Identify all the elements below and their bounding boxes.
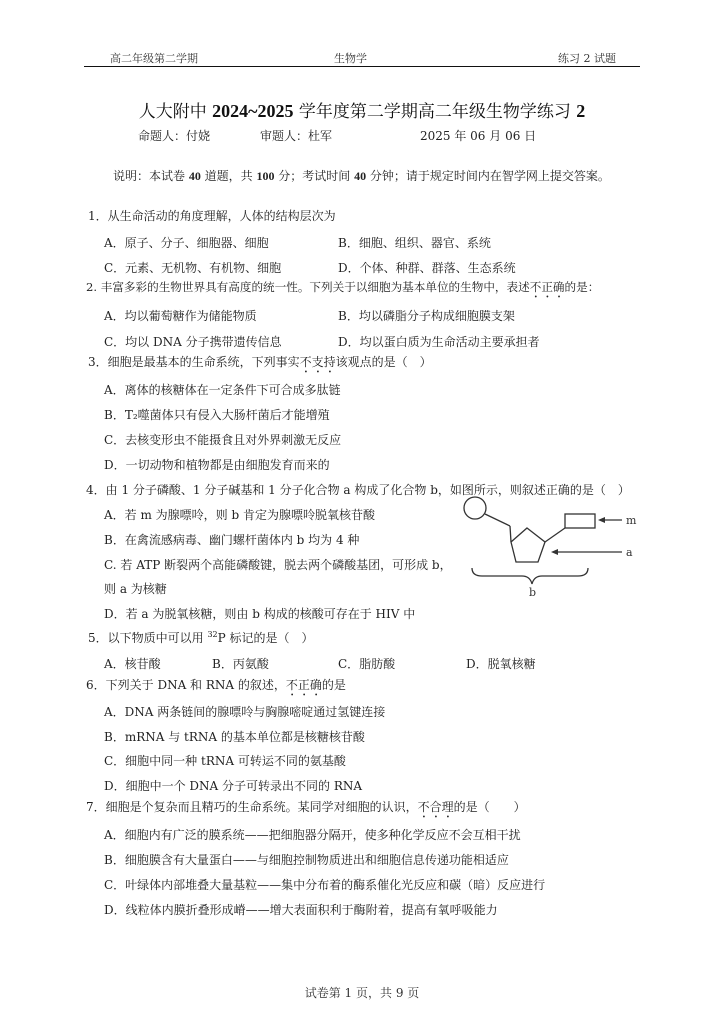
question-1-stem: 1．从生命活动的角度理解，人体的结构层次为	[88, 207, 336, 224]
question-6-option-a: A．DNA 两条链间的腺嘌呤与胸腺嘧啶通过氢键连接	[104, 703, 385, 720]
nucleotide-diagram: m a b	[460, 492, 650, 600]
question-7-option-b: B．细胞膜含有大量蛋白——与细胞控制物质进出和细胞信息传递功能相适应	[104, 851, 509, 868]
question-2-option-b: B．均以磷脂分子构成细胞膜支架	[338, 307, 515, 324]
question-7-option-d: D．线粒体内膜折叠形成嵴——增大表面积利于酶附着，提高有氧呼吸能力	[104, 901, 498, 918]
header-term: 高二年级第二学期	[110, 50, 198, 66]
question-6-option-b: B．mRNA 与 tRNA 的基本单位都是核糖核苷酸	[104, 728, 365, 745]
stem-text: 的是（ ）	[454, 800, 526, 814]
stem-text: 的是：	[565, 280, 600, 294]
svg-text:m: m	[626, 514, 637, 527]
isotope-mass-number: 32	[207, 630, 217, 639]
question-3-stem: 3．细胞是最基本的生命系统，下列事实不支持该观点的是（ ）	[88, 353, 432, 376]
stem-text: 5．以下物质中可以用	[88, 631, 207, 645]
stem-text: 6．下列关于 DNA 和 RNA 的叙述，	[86, 678, 286, 692]
question-2-stem: 2. 丰富多彩的生物世界具有高度的统一性。下列关于以细胞为基本单位的生物中，表述…	[86, 279, 599, 301]
question-5-option-c: C．脂肪酸	[338, 655, 395, 672]
notice-text: 分钟；请于规定时间内在智学网上提交答案。	[366, 169, 610, 183]
question-7-option-a: A．细胞内有广泛的膜系统——把细胞器分隔开，使多种化学反应不会互相干扰	[104, 826, 521, 843]
question-5-stem: 5．以下物质中可以用 32P 标记的是（ ）	[88, 629, 314, 646]
question-1-option-a: A．原子、分子、细胞器、细胞	[104, 234, 269, 251]
title-main: 学年度第二学期高二年级生物学练习	[293, 102, 576, 122]
question-3-option-d: D．一切动物和植物都是由细胞发育而来的	[104, 456, 330, 473]
stem-emphasis: 不支持	[300, 355, 336, 369]
stem-emphasis: 不正确	[286, 678, 322, 692]
stem-text: 该观点的是（ ）	[336, 355, 432, 369]
header-subject: 生物学	[334, 50, 367, 66]
header-exam-name: 练习 2 试题	[558, 50, 616, 66]
exam-title: 人大附中 2024~2025 学年度第二学期高二年级生物学练习 2	[0, 97, 724, 122]
question-2-option-a: A．均以葡萄糖作为储能物质	[104, 307, 257, 324]
notice-text: 道题，共	[201, 169, 257, 183]
exam-instructions: 说明：本试卷 40 道题，共 100 分；考试时间 40 分钟；请于规定时间内在…	[113, 167, 610, 184]
nucleotide-structure-icon: m a b	[460, 492, 650, 600]
question-6-stem: 6．下列关于 DNA 和 RNA 的叙述，不正确的是	[86, 676, 346, 699]
stem-text: P 标记的是（ ）	[218, 631, 314, 645]
question-5-option-d: D．脱氧核糖	[466, 655, 536, 672]
question-7-stem: 7．细胞是个复杂而且精巧的生命系统。某同学对细胞的认识，不合理的是（ ）	[86, 798, 526, 821]
question-3-option-c: C．去核变形虫不能摄食且对外界刺激无反应	[104, 431, 341, 448]
question-4-option-c: C. 若 ATP 断裂两个高能磷酸键，脱去两个磷酸基团，可形成 b，	[104, 556, 452, 573]
question-3-option-b: B．T₂噬菌体只有侵入大肠杆菌后才能增殖	[104, 406, 330, 423]
question-4-option-d: D．若 a 为脱氧核糖，则由 b 构成的核酸可存在于 HIV 中	[104, 605, 415, 622]
question-4-option-c-cont: 则 a 为核糖	[104, 580, 167, 597]
stem-text: 7．细胞是个复杂而且精巧的生命系统。某同学对细胞的认识，	[86, 800, 418, 814]
title-years: 2024~2025	[212, 101, 293, 121]
question-5-option-a: A．核苷酸	[104, 655, 161, 672]
stem-text: 2. 丰富多彩的生物世界具有高度的统一性。下列关于以细胞为基本单位的生物中，表述	[86, 280, 530, 294]
page-header: 高二年级第二学期 生物学 练习 2 试题	[84, 48, 640, 67]
notice-text: 说明：本试卷	[113, 169, 189, 183]
notice-text: 分；考试时间	[274, 169, 354, 183]
svg-text:b: b	[529, 586, 536, 599]
stem-emphasis: 不合理	[418, 800, 454, 814]
question-3-option-a: A．离体的核糖体在一定条件下可合成多肽链	[104, 381, 341, 398]
question-2-option-c: C．均以 DNA 分子携带遗传信息	[104, 333, 282, 350]
total-score: 100	[256, 169, 274, 183]
question-count: 40	[189, 169, 201, 183]
title-school: 人大附中	[139, 102, 212, 122]
stem-text: 3．细胞是最基本的生命系统，下列事实	[88, 355, 300, 369]
stem-text: 的是	[322, 678, 346, 692]
exam-date: 2025 年 06 月 06 日	[420, 127, 536, 144]
question-7-option-c: C．叶绿体内部堆叠大量基粒——集中分布着的酶系催化光反应和碳（暗）反应进行	[104, 876, 545, 893]
title-number: 2	[576, 101, 585, 121]
question-1-option-d: D．个体、种群、群落、生态系统	[338, 259, 516, 276]
question-2-option-d: D．均以蛋白质为生命活动主要承担者	[338, 333, 540, 350]
question-1-option-c: C．元素、无机物、有机物、细胞	[104, 259, 281, 276]
question-4-option-a: A．若 m 为腺嘌呤，则 b 肯定为腺嘌呤脱氧核苷酸	[104, 506, 375, 523]
question-4-option-b: B．在禽流感病毒、幽门螺杆菌体内 b 均为 4 种	[104, 531, 359, 548]
svg-text:a: a	[626, 546, 633, 559]
question-reviewer: 审题人：杜军	[260, 127, 332, 144]
exam-duration: 40	[354, 169, 366, 183]
stem-emphasis: 不正确	[530, 280, 565, 294]
question-1-option-b: B．细胞、组织、器官、系统	[338, 234, 491, 251]
question-setter: 命题人：付娆	[138, 127, 210, 144]
question-6-option-c: C．细胞中同一种 tRNA 可转运不同的氨基酸	[104, 752, 346, 769]
question-6-option-d: D．细胞中一个 DNA 分子可转录出不同的 RNA	[104, 777, 362, 794]
page-footer: 试卷第 1 页，共 9 页	[0, 984, 724, 1001]
question-5-option-b: B．丙氨酸	[212, 655, 269, 672]
